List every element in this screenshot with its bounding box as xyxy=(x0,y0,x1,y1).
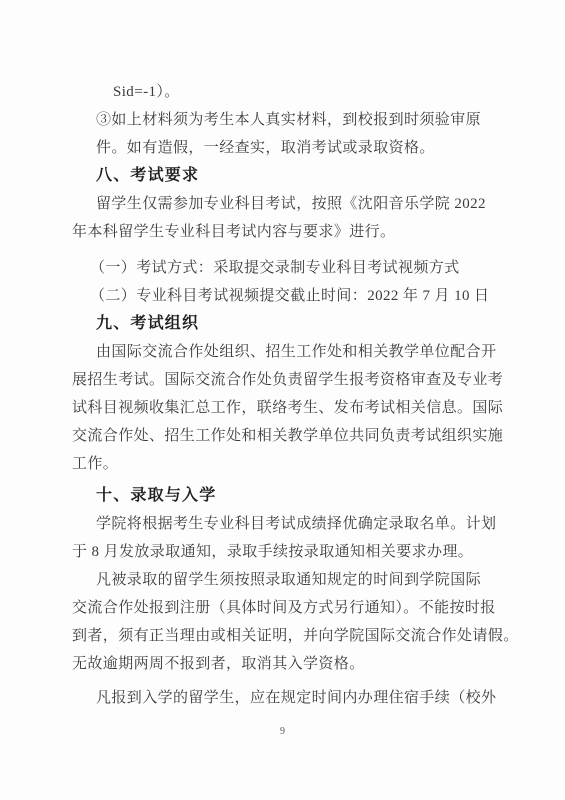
text-line: ③如上材料须为考生本人真实材料，到校报到时须验审原 xyxy=(72,106,503,134)
text-line: 交流合作处、招生工作处和相关教学单位共同负责考试组织实施 xyxy=(72,422,503,450)
text-line: 试科目视频收集汇总工作，联络考生、发布考试相关信息。国际 xyxy=(72,394,503,422)
text-line: 留学生仅需参加专业科目考试，按照《沈阳音乐学院 2022 xyxy=(72,190,503,218)
text-line: 凡报到入学的留学生，应在规定时间内办理住宿手续（校外 xyxy=(72,684,503,712)
text-line: 展招生考试。国际交流合作处负责留学生报考资格审查及专业考 xyxy=(72,366,503,394)
text-line: 于 8 月发放录取通知，录取手续按录取通知相关要求办理。 xyxy=(72,538,503,566)
text-line: Sid=-1）。 xyxy=(72,78,503,106)
text-column: Sid=-1）。③如上材料须为考生本人真实材料，到校报到时须验审原件。如有造假，… xyxy=(72,78,503,712)
text-line: （二）专业科目考试视频提交截止时间：2022 年 7 月 10 日 xyxy=(72,282,503,310)
page-number: 9 xyxy=(0,726,565,737)
text-line: 到者，须有正当理由或相关证明，并向学院国际交流合作处请假。 xyxy=(72,622,503,650)
text-line: 年本科留学生专业科目考试内容与要求》进行。 xyxy=(72,218,503,246)
section-heading: 十、录取与入学 xyxy=(72,482,503,510)
text-line: 由国际交流合作处组织、招生工作处和相关教学单位配合开 xyxy=(72,338,503,366)
text-line: 件。如有造假，一经查实，取消考试或录取资格。 xyxy=(72,134,503,162)
text-line: 无故逾期两周不报到者，取消其入学资格。 xyxy=(72,650,503,678)
section-heading: 八、考试要求 xyxy=(72,162,503,190)
text-line: （一）考试方式：采取提交录制专业科目考试视频方式 xyxy=(72,254,503,282)
text-line: 凡被录取的留学生须按照录取通知规定的时间到学院国际 xyxy=(72,566,503,594)
section-heading: 九、考试组织 xyxy=(72,310,503,338)
text-line: 学院将根据考生专业科目考试成绩择优确定录取名单。计划 xyxy=(72,510,503,538)
text-line: 工作。 xyxy=(72,450,503,478)
text-line: 交流合作处报到注册（具体时间及方式另行通知）。不能按时报 xyxy=(72,594,503,622)
document-page: Sid=-1）。③如上材料须为考生本人真实材料，到校报到时须验审原件。如有造假，… xyxy=(0,0,565,800)
